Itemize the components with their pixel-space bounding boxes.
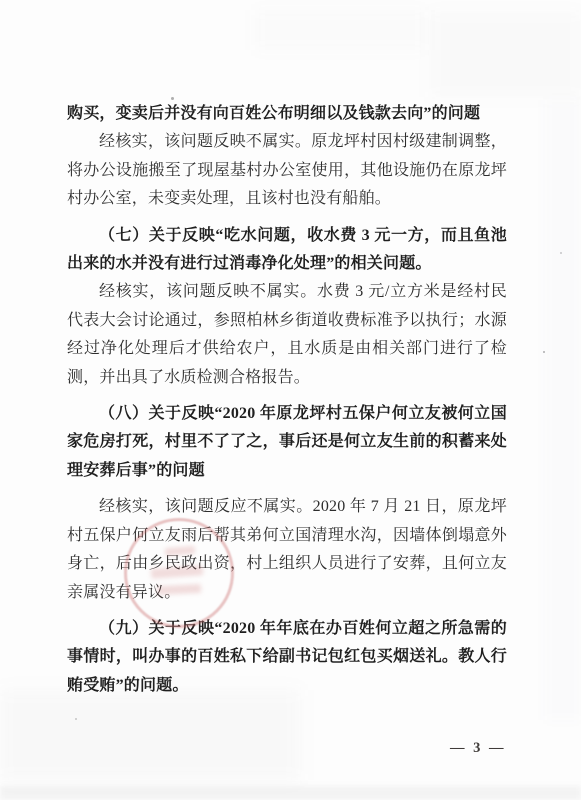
scan-shading-patch <box>0 690 300 780</box>
scan-speck <box>543 351 545 353</box>
scanned-document-page: 购买，变卖后并没有向百姓公布明细以及钱款去向”的问题 经核实，该问题反映不属实。… <box>0 0 581 800</box>
page-number: — 3 — <box>450 740 506 757</box>
paragraph-question-7: （七）关于反映“吃水问题，收水费 3 元一方，而且鱼池出来的水并没有进行过消毒净… <box>67 222 507 279</box>
paragraph-verification-result-7: 经核实，该问题反映不属实。水费 3 元/立方米是经村民代表大会讨论通过，参照柏林… <box>67 278 507 392</box>
scan-speck <box>75 718 77 720</box>
paragraph-question-8: （八）关于反映“2020 年原龙坪村五保户何立友被何立国家危房打死，村里不了了之… <box>67 400 507 485</box>
scan-shading-patch <box>255 10 425 50</box>
document-body: 购买，变卖后并没有向百姓公布明细以及钱款去向”的问题 经核实，该问题反映不属实。… <box>67 100 507 700</box>
paragraph-verification-result-8: 经核实，该问题反应不属实。2020 年 7 月 21 日，原龙坪村五保户何立友雨… <box>67 493 507 607</box>
scan-speck <box>560 252 562 254</box>
scan-shading-patch <box>430 12 581 97</box>
paragraph-question-9: （九）关于反映“2020 年年底在办百姓何立超之所急需的事情时，叫办事的百姓私下… <box>67 615 507 700</box>
scan-shading-patch <box>545 100 581 720</box>
paragraph-question-6-continuation: 购买，变卖后并没有向百姓公布明细以及钱款去向”的问题 <box>67 100 507 128</box>
scan-shading-patch <box>0 786 581 800</box>
paragraph-verification-result-6: 经核实，该问题反映不属实。原龙坪村因村级建制调整，将办公设施搬至了现屋基村办公室… <box>67 128 507 213</box>
